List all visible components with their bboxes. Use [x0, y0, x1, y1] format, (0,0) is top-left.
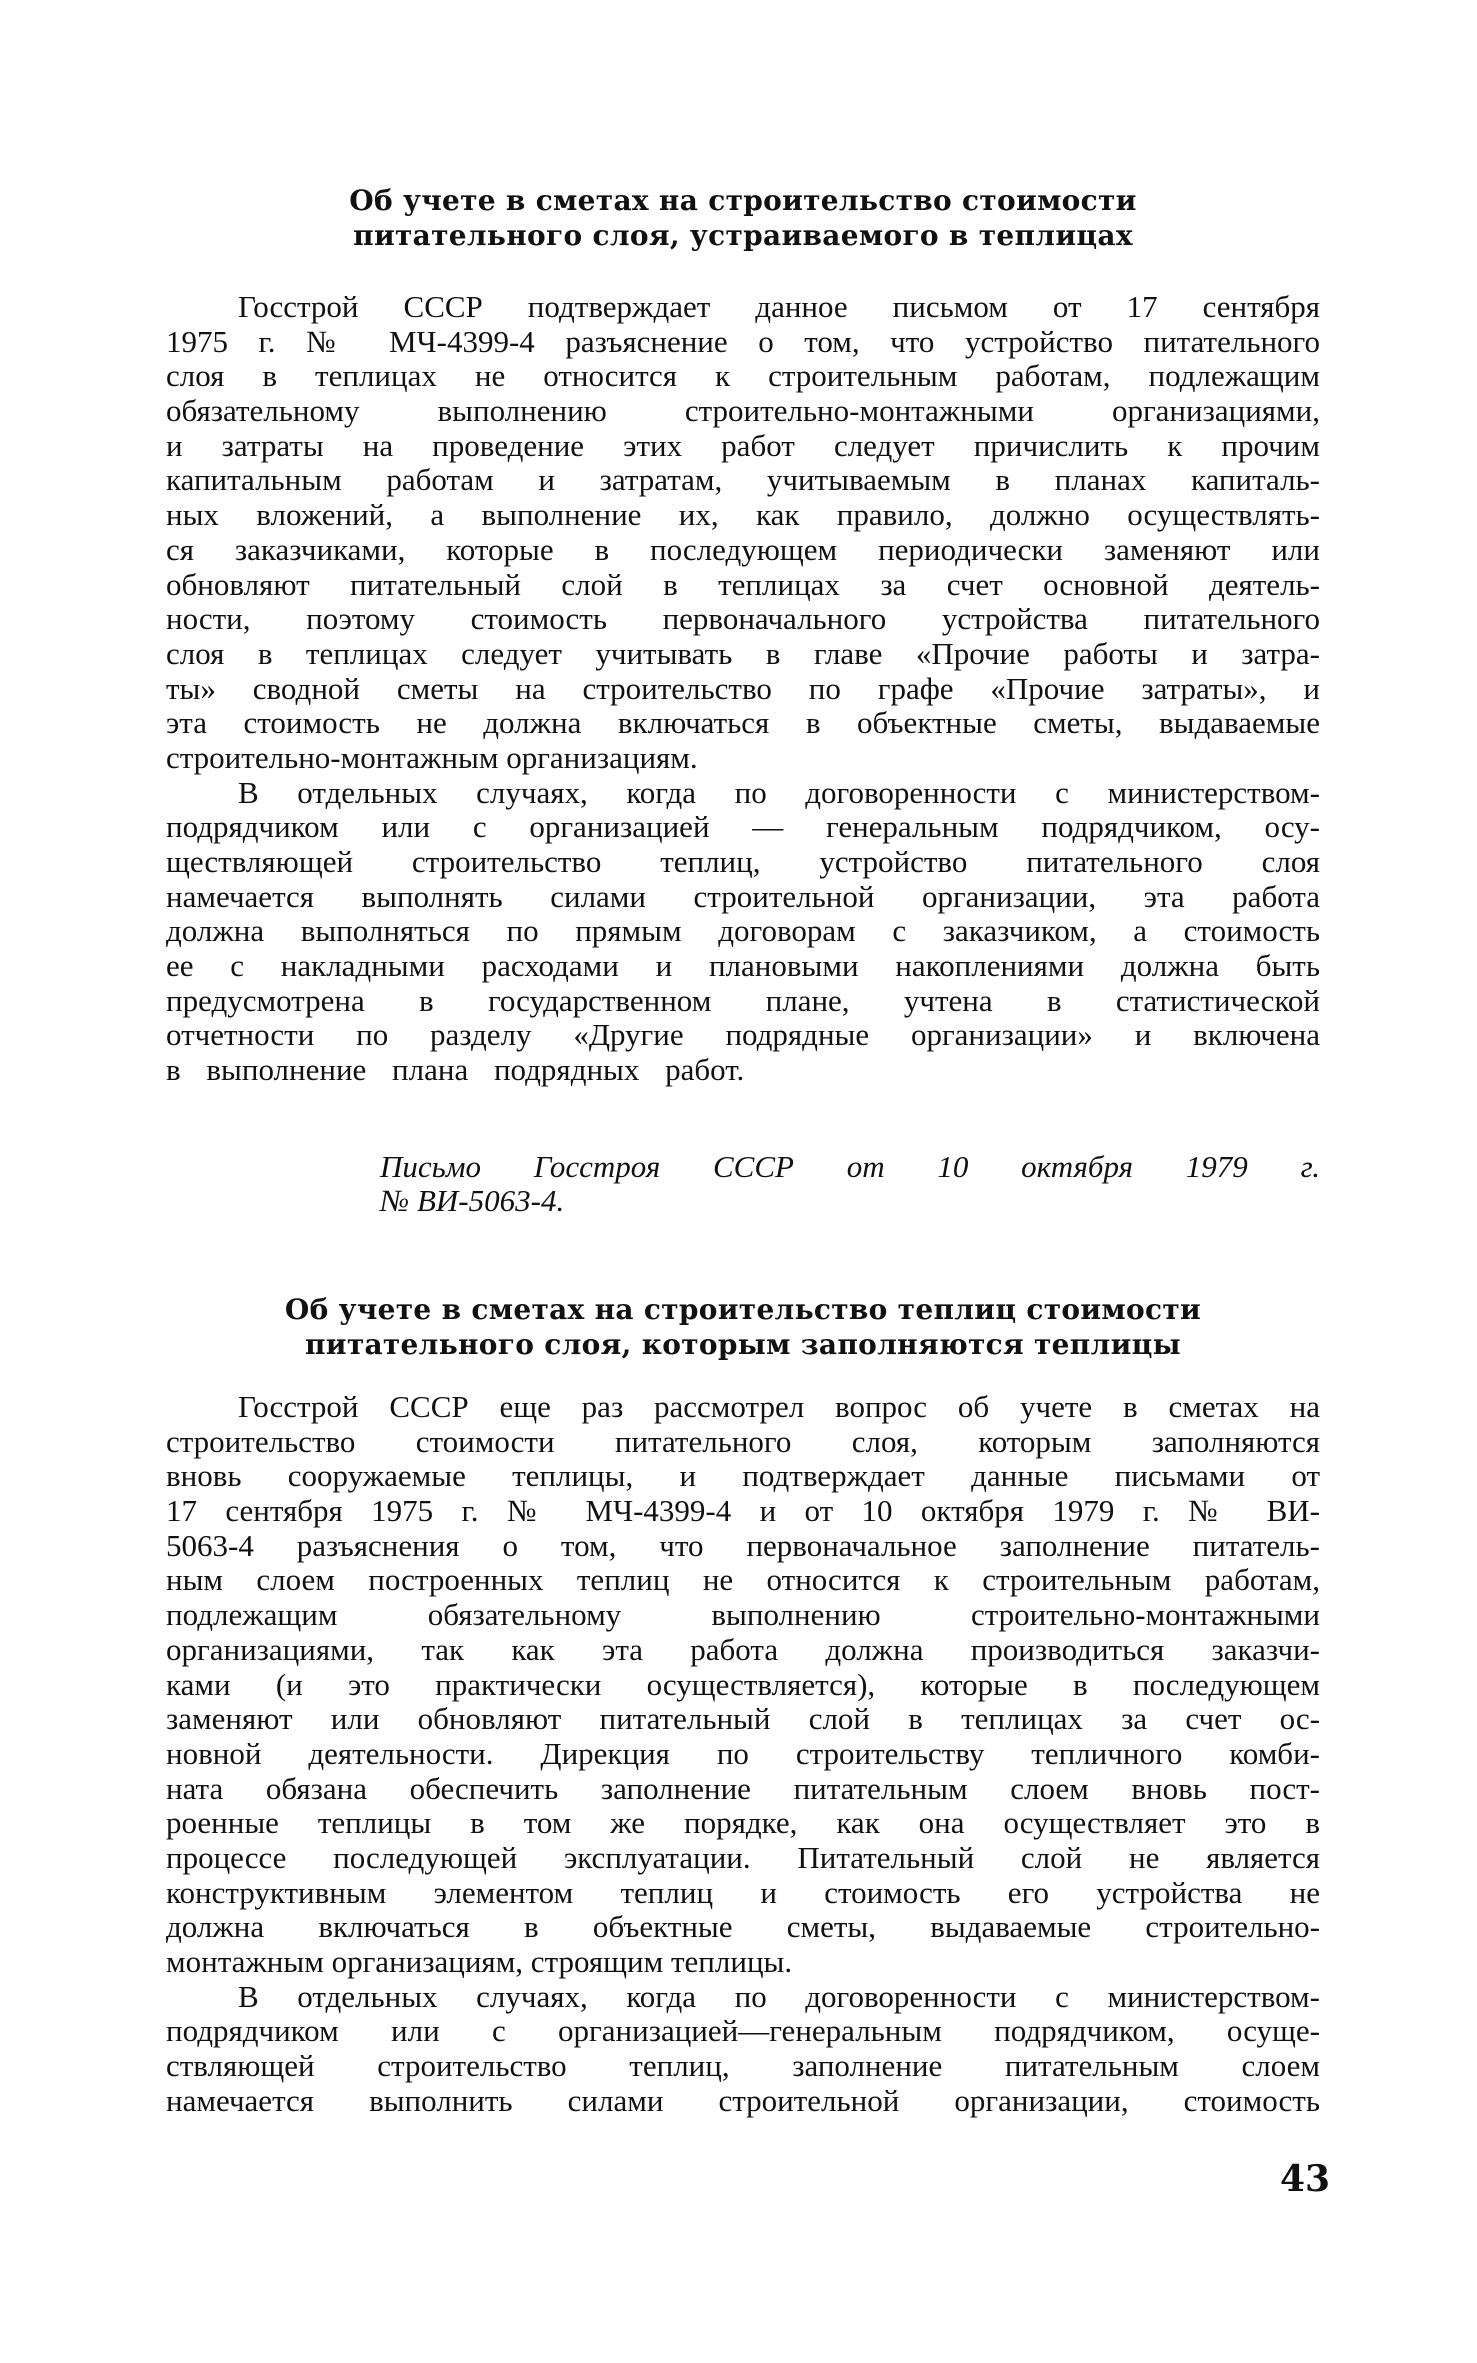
text-line: новной деятельности. Дирекция по строите… [166, 1737, 1320, 1772]
text-line: роенные теплицы в том же порядке, как он… [166, 1806, 1320, 1841]
text-line: процессе последующей эксплуатации. Питат… [166, 1841, 1320, 1876]
text-line: обязательному выполнению строительно-мон… [166, 394, 1320, 429]
document-page: Об учете в сметах на строительство стоим… [0, 0, 1477, 2363]
text-line: ным слоем построенных теплиц не относитс… [166, 1563, 1320, 1598]
text-line: отчетности по разделу «Другие подрядные … [166, 1018, 1320, 1053]
text-line: ната обязана обеспечить заполнение питат… [166, 1772, 1320, 1807]
heading-line: питательного слоя, устраиваемого в тепли… [166, 218, 1320, 253]
text-line: предусмотрена в государственном плане, у… [166, 984, 1320, 1019]
text-line: подрядчиком или с организацией — генерал… [166, 810, 1320, 845]
text-line: 5063-4 разъяснения о том, что первоначал… [166, 1529, 1320, 1564]
section2-paragraph1: Госстрой СССР еще раз рассмотрел вопрос … [166, 1390, 1320, 2118]
text-line: слоя в теплицах следует учитывать в глав… [166, 637, 1320, 672]
heading-line: питательного слоя, которым заполняются т… [166, 1327, 1320, 1362]
text-line: 17 сентября 1975 г. № МЧ-4399-4 и от 10 … [166, 1494, 1320, 1529]
text-line: ных вложений, а выполнение их, как прави… [166, 498, 1320, 533]
text-line: подлежащим обязательному выполнению стро… [166, 1598, 1320, 1633]
text-line: 1975 г. № МЧ-4399-4 разъяснение о том, ч… [166, 325, 1320, 360]
text-line: должна выполняться по прямым договорам с… [166, 914, 1320, 949]
text-line: строительно-монтажным организациям. [166, 741, 1320, 776]
section1-heading: Об учете в сметах на строительство стоим… [166, 183, 1320, 253]
text-line: ты» сводной сметы на строительство по гр… [166, 672, 1320, 707]
text-line: капитальным работам и затратам, учитывае… [166, 463, 1320, 498]
text-line: конструктивным элементом теплиц и стоимо… [166, 1876, 1320, 1911]
text-line: слоя в теплицах не относится к строитель… [166, 359, 1320, 394]
text-line: вновь сооружаемые теплицы, и подтверждае… [166, 1459, 1320, 1494]
text-line: В отдельных случаях, когда по договоренн… [166, 1980, 1320, 2015]
text-line: ками (и это практически осуществляется),… [166, 1668, 1320, 1703]
page-number: 43 [1280, 2158, 1330, 2200]
text-line: заменяют или обновляют питательный слой … [166, 1702, 1320, 1737]
text-line: монтажным организациям, строящим теплицы… [166, 1945, 1320, 1980]
heading-line: Об учете в сметах на строительство тепли… [166, 1292, 1320, 1327]
text-line: эта стоимость не должна включаться в объ… [166, 706, 1320, 741]
text-line: строительство стоимости питательного сло… [166, 1425, 1320, 1460]
text-line: организациями, так как эта работа должна… [166, 1633, 1320, 1668]
text-line: и затраты на проведение этих работ следу… [166, 429, 1320, 464]
heading-line: Об учете в сметах на строительство стоим… [166, 183, 1320, 218]
section1-paragraph1: Госстрой СССР подтверждает данное письмо… [166, 290, 1320, 1088]
letter-signature: Письмо Госстроя СССР от 10 октября 1979 … [380, 1150, 1320, 1218]
text-line: ности, поэтому стоимость первоначального… [166, 602, 1320, 637]
section2-heading: Об учете в сметах на строительство тепли… [166, 1292, 1320, 1362]
signature-line: № ВИ-5063-4. [380, 1184, 1320, 1218]
text-line: обновляют питательный слой в теплицах за… [166, 568, 1320, 603]
text-line: в выполнение плана подрядных работ. [166, 1053, 1320, 1088]
text-line: ствляющей строительство теплиц, заполнен… [166, 2049, 1320, 2084]
text-line: намечается выполнить силами строительной… [166, 2084, 1320, 2119]
text-line: В отдельных случаях, когда по договоренн… [166, 776, 1320, 811]
text-line: подрядчиком или с организацией—генеральн… [166, 2014, 1320, 2049]
text-line: должна включаться в объектные сметы, выд… [166, 1910, 1320, 1945]
text-line: Госстрой СССР подтверждает данное письмо… [166, 290, 1320, 325]
text-line: ее с накладными расходами и плановыми на… [166, 949, 1320, 984]
signature-line: Письмо Госстроя СССР от 10 октября 1979 … [380, 1150, 1320, 1184]
text-line: намечается выполнять силами строительной… [166, 880, 1320, 915]
text-line: ся заказчиками, которые в последующем пе… [166, 533, 1320, 568]
text-line: Госстрой СССР еще раз рассмотрел вопрос … [166, 1390, 1320, 1425]
text-line: ществляющей строительство теплиц, устрой… [166, 845, 1320, 880]
